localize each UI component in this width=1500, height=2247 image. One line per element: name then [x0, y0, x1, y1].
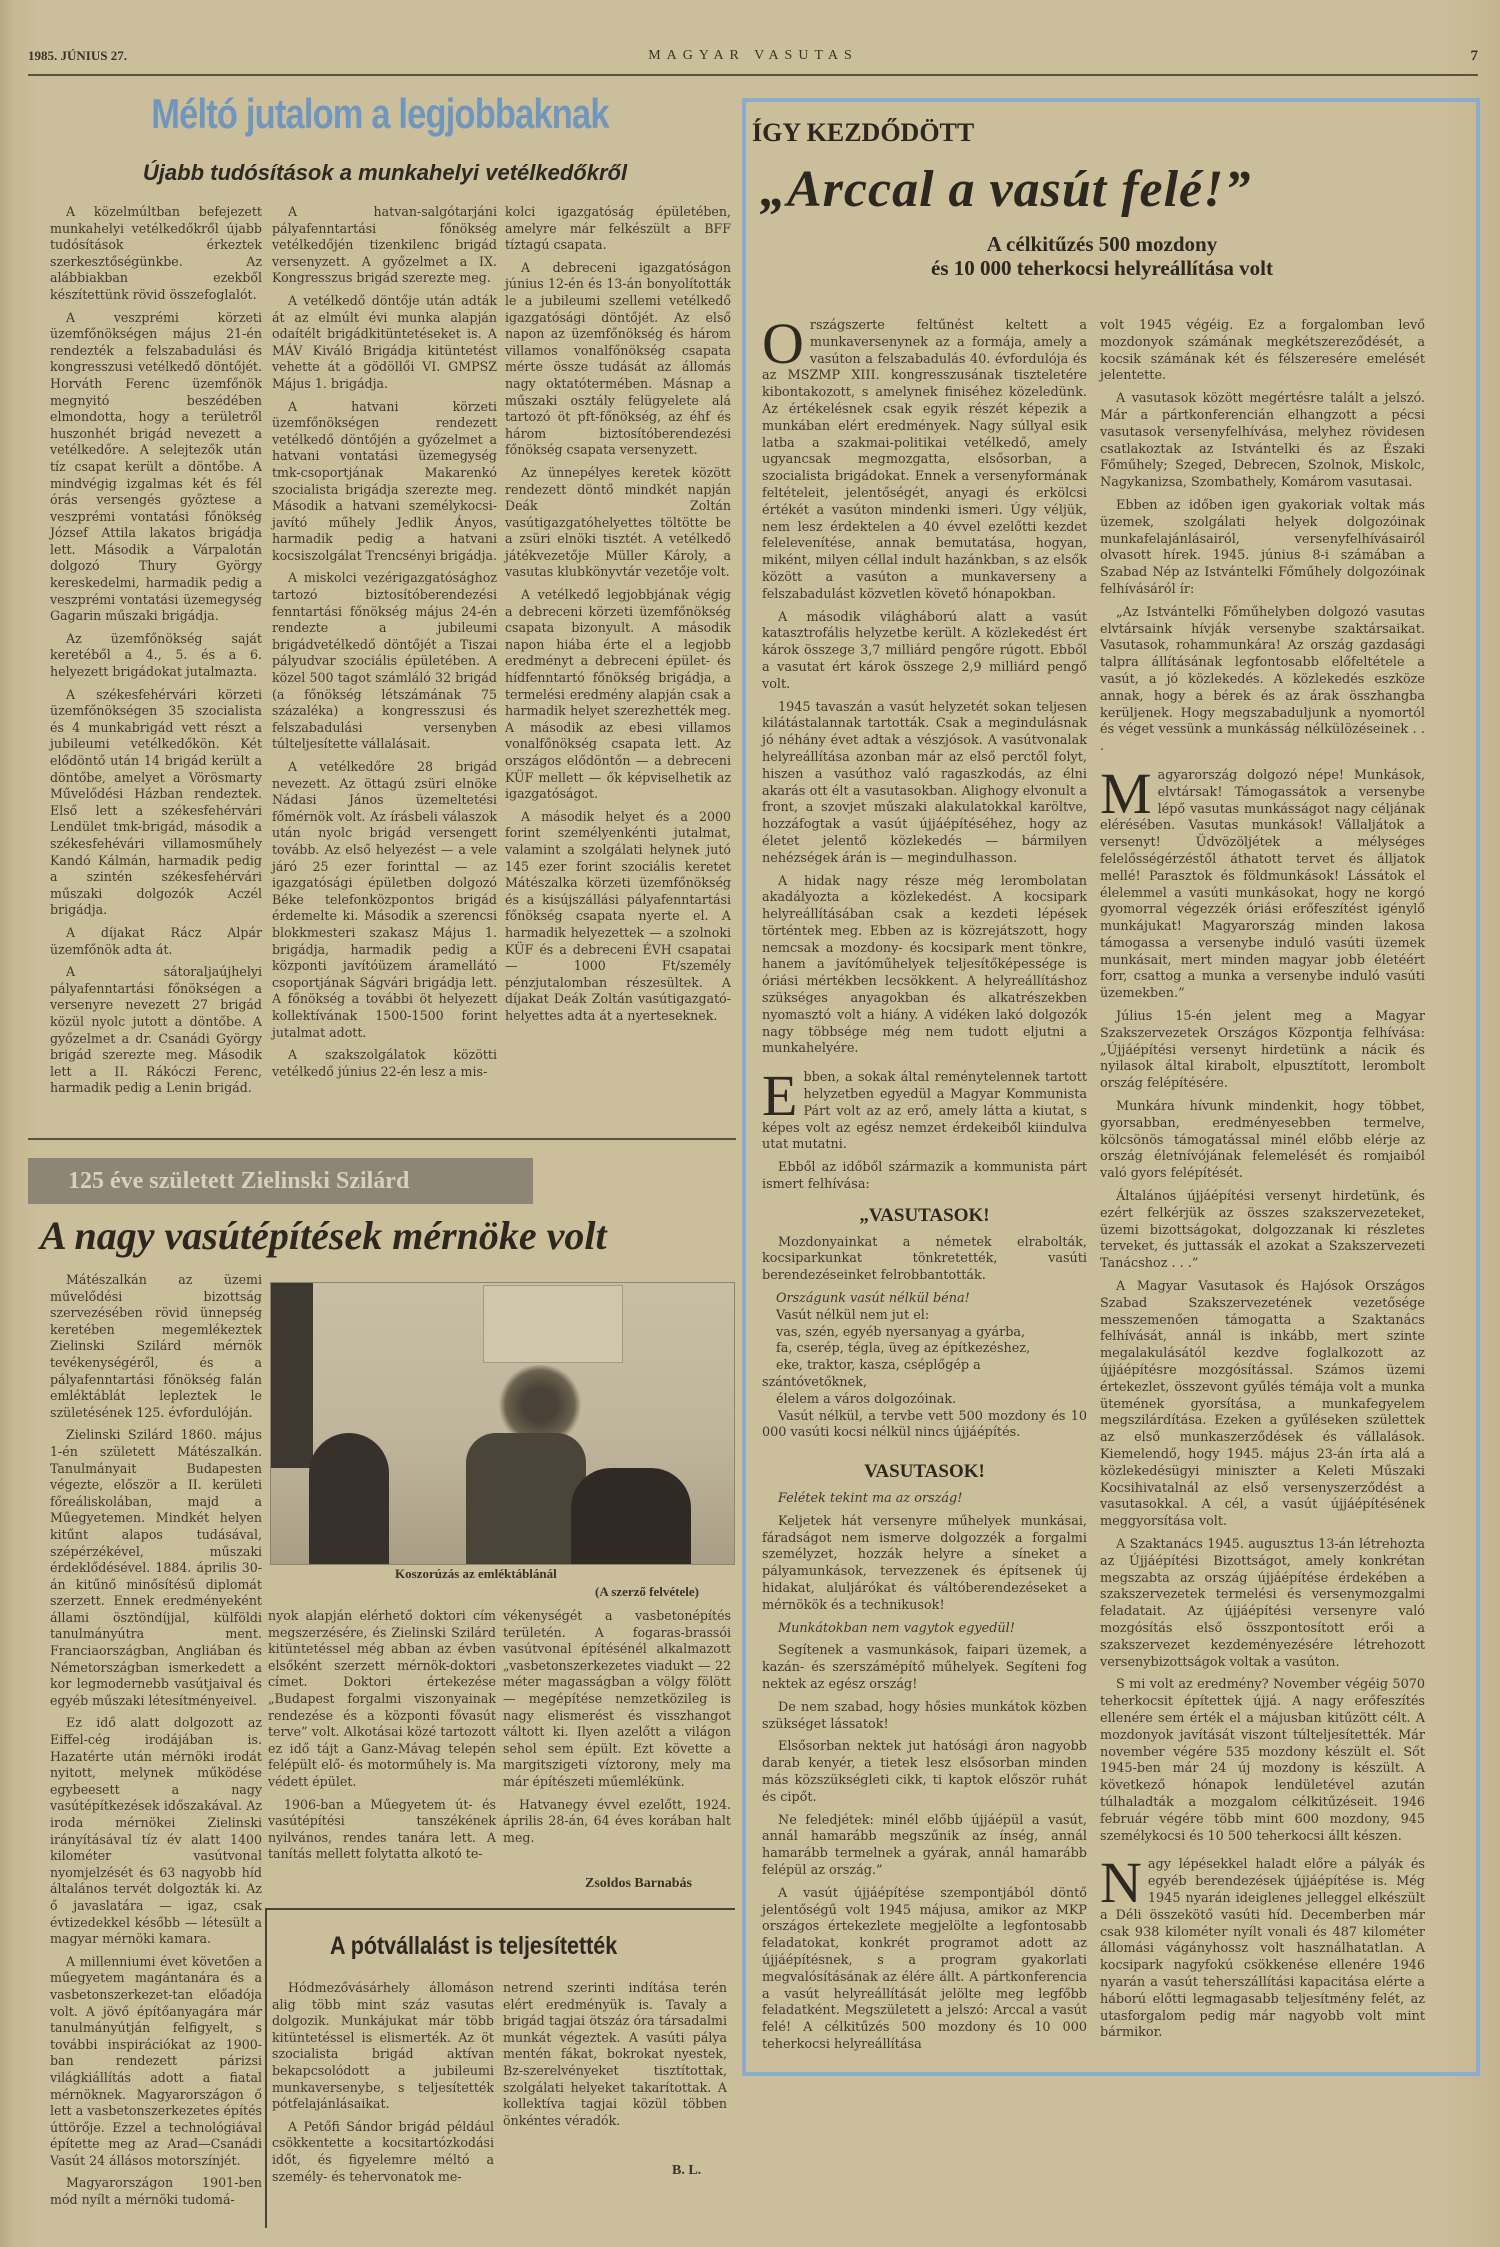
article3-column-1: Hódmezővásárhely állomáson alig több min…	[272, 1980, 494, 2191]
paragraph-text: bben, a sokak által reménytelennek tarto…	[762, 1070, 1087, 1152]
proclamation-line: Munkátokban nem vagytok egyedül!	[762, 1621, 1087, 1638]
paragraph: A második helyet és a 2000 forint személ…	[505, 809, 731, 1025]
paragraph: Ez idő alatt dolgozott az Eiffel-cég iro…	[50, 1715, 262, 1947]
drop-cap: O	[762, 318, 810, 368]
memorial-wreath-photo	[270, 1282, 735, 1565]
paragraph: Hatvanegy évvel ezelőtt, 1924. április 2…	[503, 1797, 731, 1847]
paragraph: Munkára hívunk mindenkit, hogy többet, g…	[1100, 1099, 1425, 1183]
proclamation-line: eke, traktor, kasza, cséplőgép a szántóv…	[762, 1358, 1087, 1392]
paragraph: nyok alapján elérhető doktori cím megsze…	[268, 1608, 496, 1791]
paragraph: A szakszolgálatok közötti vetélkedő júni…	[272, 1047, 497, 1080]
paragraph: A második világháború alatt a vasút kata…	[762, 610, 1087, 694]
proclamation-line: Mozdonyainkat a németek elrabolták, kocs…	[762, 1235, 1087, 1285]
paragraph-dropcap: Magyarország dolgozó népe! Munkások, elv…	[1100, 768, 1425, 1003]
photo-wall-frame	[271, 1283, 313, 1468]
paragraph: 1906-ban a Műegyetem út- és vasútépítési…	[268, 1797, 496, 1863]
paragraph: A vasutasok között megértésre talált a j…	[1100, 391, 1425, 492]
proclamation-line: vas, szén, egyéb nyersanyag a gyárba,	[762, 1325, 1087, 1342]
paragraph-dropcap: Ebben, a sokak által reménytelennek tart…	[762, 1070, 1087, 1154]
paragraph: A Magyar Vasutasok és Hajósok Országos S…	[1100, 1279, 1425, 1531]
paragraph: A Petőfi Sándor brigád például csökkente…	[272, 2119, 494, 2185]
paragraph: Magyarországon 1901-ben mód nyílt a mérn…	[50, 2175, 262, 2208]
proclamation-line: élelem a város dolgozóinak.	[762, 1392, 1087, 1409]
paragraph: A hatvan-salgótarjáni pályafenntartási f…	[272, 204, 497, 287]
paragraph: Általános újjáépítési versenyt hirdetünk…	[1100, 1189, 1425, 1273]
page-number: 7	[1471, 48, 1479, 65]
proclamation-title: „VASUTASOK!	[762, 1208, 1087, 1225]
paragraph: A miskolci vezérigazgatósághoz tartozó b…	[272, 570, 497, 753]
article2-column-3: vékenységét a vasbetonépítés területén. …	[503, 1608, 731, 1852]
photo-person	[571, 1468, 691, 1565]
article2-column-1: Mátészalkán az üzemi művelődési bizottsá…	[50, 1272, 262, 2215]
paragraph: A hidak nagy része még lerombolatan akad…	[762, 874, 1087, 1059]
paragraph: A díjakat Rácz Alpár üzemfőnök adta át.	[50, 925, 262, 958]
paragraph: A vasút újjáépítése szempontjából döntő …	[762, 1886, 1087, 2054]
paragraph: netrend szerinti indítása terén elért er…	[503, 1980, 727, 2129]
paragraph: A sátoraljaújhelyi pályafenntartási főnö…	[50, 964, 262, 1097]
intro-text: rszágszerte feltűnést keltett a munkaver…	[762, 318, 1087, 602]
proclamation-line: Keljetek hát versenyre műhelyek munkásai…	[762, 1514, 1087, 1615]
article4-column-2: volt 1945 végéig. Ez a forgalomban levő …	[1100, 318, 1425, 2048]
paragraph: kolci igazgatóság épületében, amelyre má…	[505, 204, 731, 254]
photo-person	[309, 1433, 389, 1565]
paragraph: A közelmúltban befejezett munkahelyi vet…	[50, 204, 262, 304]
paragraph: volt 1945 végéig. Ez a forgalomban levő …	[1100, 318, 1425, 385]
section-divider	[28, 1138, 736, 1140]
deck-line: A célkitűzés 500 mozdony	[752, 232, 1452, 256]
proclamation-line: Vasút nélkül nem jut el:	[762, 1308, 1087, 1325]
paragraph: A vetélkedőre 28 brigád nevezett. Az ött…	[272, 759, 497, 1041]
proclamation-line: Vasút nélkül, a tervbe vett 500 mozdony …	[762, 1409, 1087, 1443]
article1-column-3: kolci igazgatóság épületében, amelyre má…	[505, 204, 731, 1031]
paragraph: 1945 tavaszán a vasút helyzetét sokan te…	[762, 700, 1087, 868]
article4-deck: A célkitűzés 500 mozdony és 10 000 teher…	[752, 232, 1452, 280]
proclamation-line: Elsősorban nektek jut hatósági áron nagy…	[762, 1739, 1087, 1806]
paragraph: Július 15-én jelent meg a Magyar Szaksze…	[1100, 1009, 1425, 1093]
article2-headline: A nagy vasútépítések mérnöke volt	[40, 1212, 607, 1259]
proclamation-title: VASUTASOK!	[762, 1464, 1087, 1481]
article3-author: B. L.	[672, 2163, 701, 2179]
paragraph: Mátészalkán az üzemi művelődési bizottsá…	[50, 1272, 262, 1421]
paragraph: Ebben az időben igen gyakoriak voltak má…	[1100, 498, 1425, 599]
paragraph: A vetélkedő döntője után adták át az elm…	[272, 293, 497, 393]
photo-caption: Koszorúzás az emléktáblánál	[395, 1566, 557, 1582]
proclamation-line: Ne feledjétek: minél előbb újjáépül a va…	[762, 1813, 1087, 1880]
article2-author: Zsoldos Barnabás	[585, 1876, 692, 1892]
paragraph: S mi volt az eredmény? November végéig 5…	[1100, 1677, 1425, 1845]
paragraph: A székesfehérvári körzeti üzemfőnökségen…	[50, 687, 262, 919]
article4-headline: „Arccal a vasút felé!”	[760, 160, 1251, 219]
paragraph: Az üzemfőnökség saját keretéből a 4., 5.…	[50, 631, 262, 681]
paragraph: A vetélkedő legjobbjának végig a debrece…	[505, 587, 731, 803]
photo-credit: (A szerző felvétele)	[595, 1584, 699, 1600]
article3-column-2: netrend szerinti indítása terén elért er…	[503, 1980, 727, 2135]
proclamation-line: Segítenek a vasmunkások, faipari üzemek,…	[762, 1643, 1087, 1693]
paragraph-text: agy lépésekkel haladt előre a pályák és …	[1100, 1857, 1425, 2040]
article4-column-1: Országszerte feltűnést keltett a munkave…	[762, 318, 1087, 2060]
photo-person	[466, 1433, 586, 1565]
paragraph-dropcap: Nagy lépésekkel haladt előre a pályák és…	[1100, 1857, 1425, 2042]
article2-kicker-band: 125 éve született Zielinski Szilárd	[28, 1158, 533, 1204]
article2-kicker: 125 éve született Zielinski Szilárd	[28, 1158, 533, 1204]
paragraph: A millenniumi évet követően a műegyetem …	[50, 1954, 262, 2170]
masthead: 1985. JÚNIUS 27. MAGYAR VASUTAS 7	[28, 44, 1478, 72]
proclamation-line: fa, cserép, tégla, üveg az építkezéshez,	[762, 1341, 1087, 1358]
paragraph: „Az Istvántelki Főműhelyben dolgozó vasu…	[1100, 605, 1425, 756]
deck-line: és 10 000 teherkocsi helyreállítása volt	[752, 256, 1452, 280]
proclamation-line: Országunk vasút nélkül béna!	[762, 1291, 1087, 1308]
proclamation-line: Felétek tekint ma az ország!	[762, 1491, 1087, 1508]
paragraph: Az ünnepélyes keretek között rendezett d…	[505, 465, 731, 581]
newspaper-title: MAGYAR VASUTAS	[28, 48, 1478, 64]
proclamation-line: De nem szabad, hogy hősies munkátok közb…	[762, 1700, 1087, 1734]
paragraph: A debreceni igazgatóságon június 12-én é…	[505, 260, 731, 459]
paragraph: vékenységét a vasbetonépítés területén. …	[503, 1608, 731, 1791]
article1-column-2: A hatvan-salgótarjáni pályafenntartási f…	[272, 204, 497, 1086]
paragraph: Zielinski Szilárd 1860. május 1-én szüle…	[50, 1427, 262, 1709]
article1-headline: Méltó jutalom a legjobbaknak	[118, 90, 643, 138]
drop-cap: E	[762, 1070, 803, 1120]
article1-subheadline: Újabb tudósítások a munkahelyi vetélkedő…	[40, 160, 730, 186]
drop-cap: M	[1100, 768, 1158, 818]
article4-kicker: ÍGY KEZDŐDÖTT	[752, 118, 974, 148]
article3-headline: A pótvállalást is teljesítették	[330, 1932, 617, 1961]
paragraph: A veszprémi körzeti üzemfőnökségen május…	[50, 310, 262, 625]
intro-paragraph: Országszerte feltűnést keltett a munkave…	[762, 318, 1087, 604]
newspaper-page: 1985. JÚNIUS 27. MAGYAR VASUTAS 7 Méltó …	[0, 0, 1500, 2247]
article1-column-1: A közelmúltban befejezett munkahelyi vet…	[50, 204, 262, 1103]
paragraph: Hódmezővásárhely állomáson alig több min…	[272, 1980, 494, 2113]
article2-column-2: nyok alapján elérhető doktori cím megsze…	[268, 1608, 496, 1869]
paragraph: A hatvani körzeti üzemfőnökségen rendeze…	[272, 399, 497, 565]
paragraph: Ebből az időből származik a kommunista p…	[762, 1160, 1087, 1194]
drop-cap: N	[1100, 1857, 1148, 1907]
paragraph: A Szaktanács 1945. augusztus 13-án létre…	[1100, 1537, 1425, 1671]
photo-plaque	[483, 1285, 623, 1363]
masthead-rule	[28, 74, 1478, 76]
